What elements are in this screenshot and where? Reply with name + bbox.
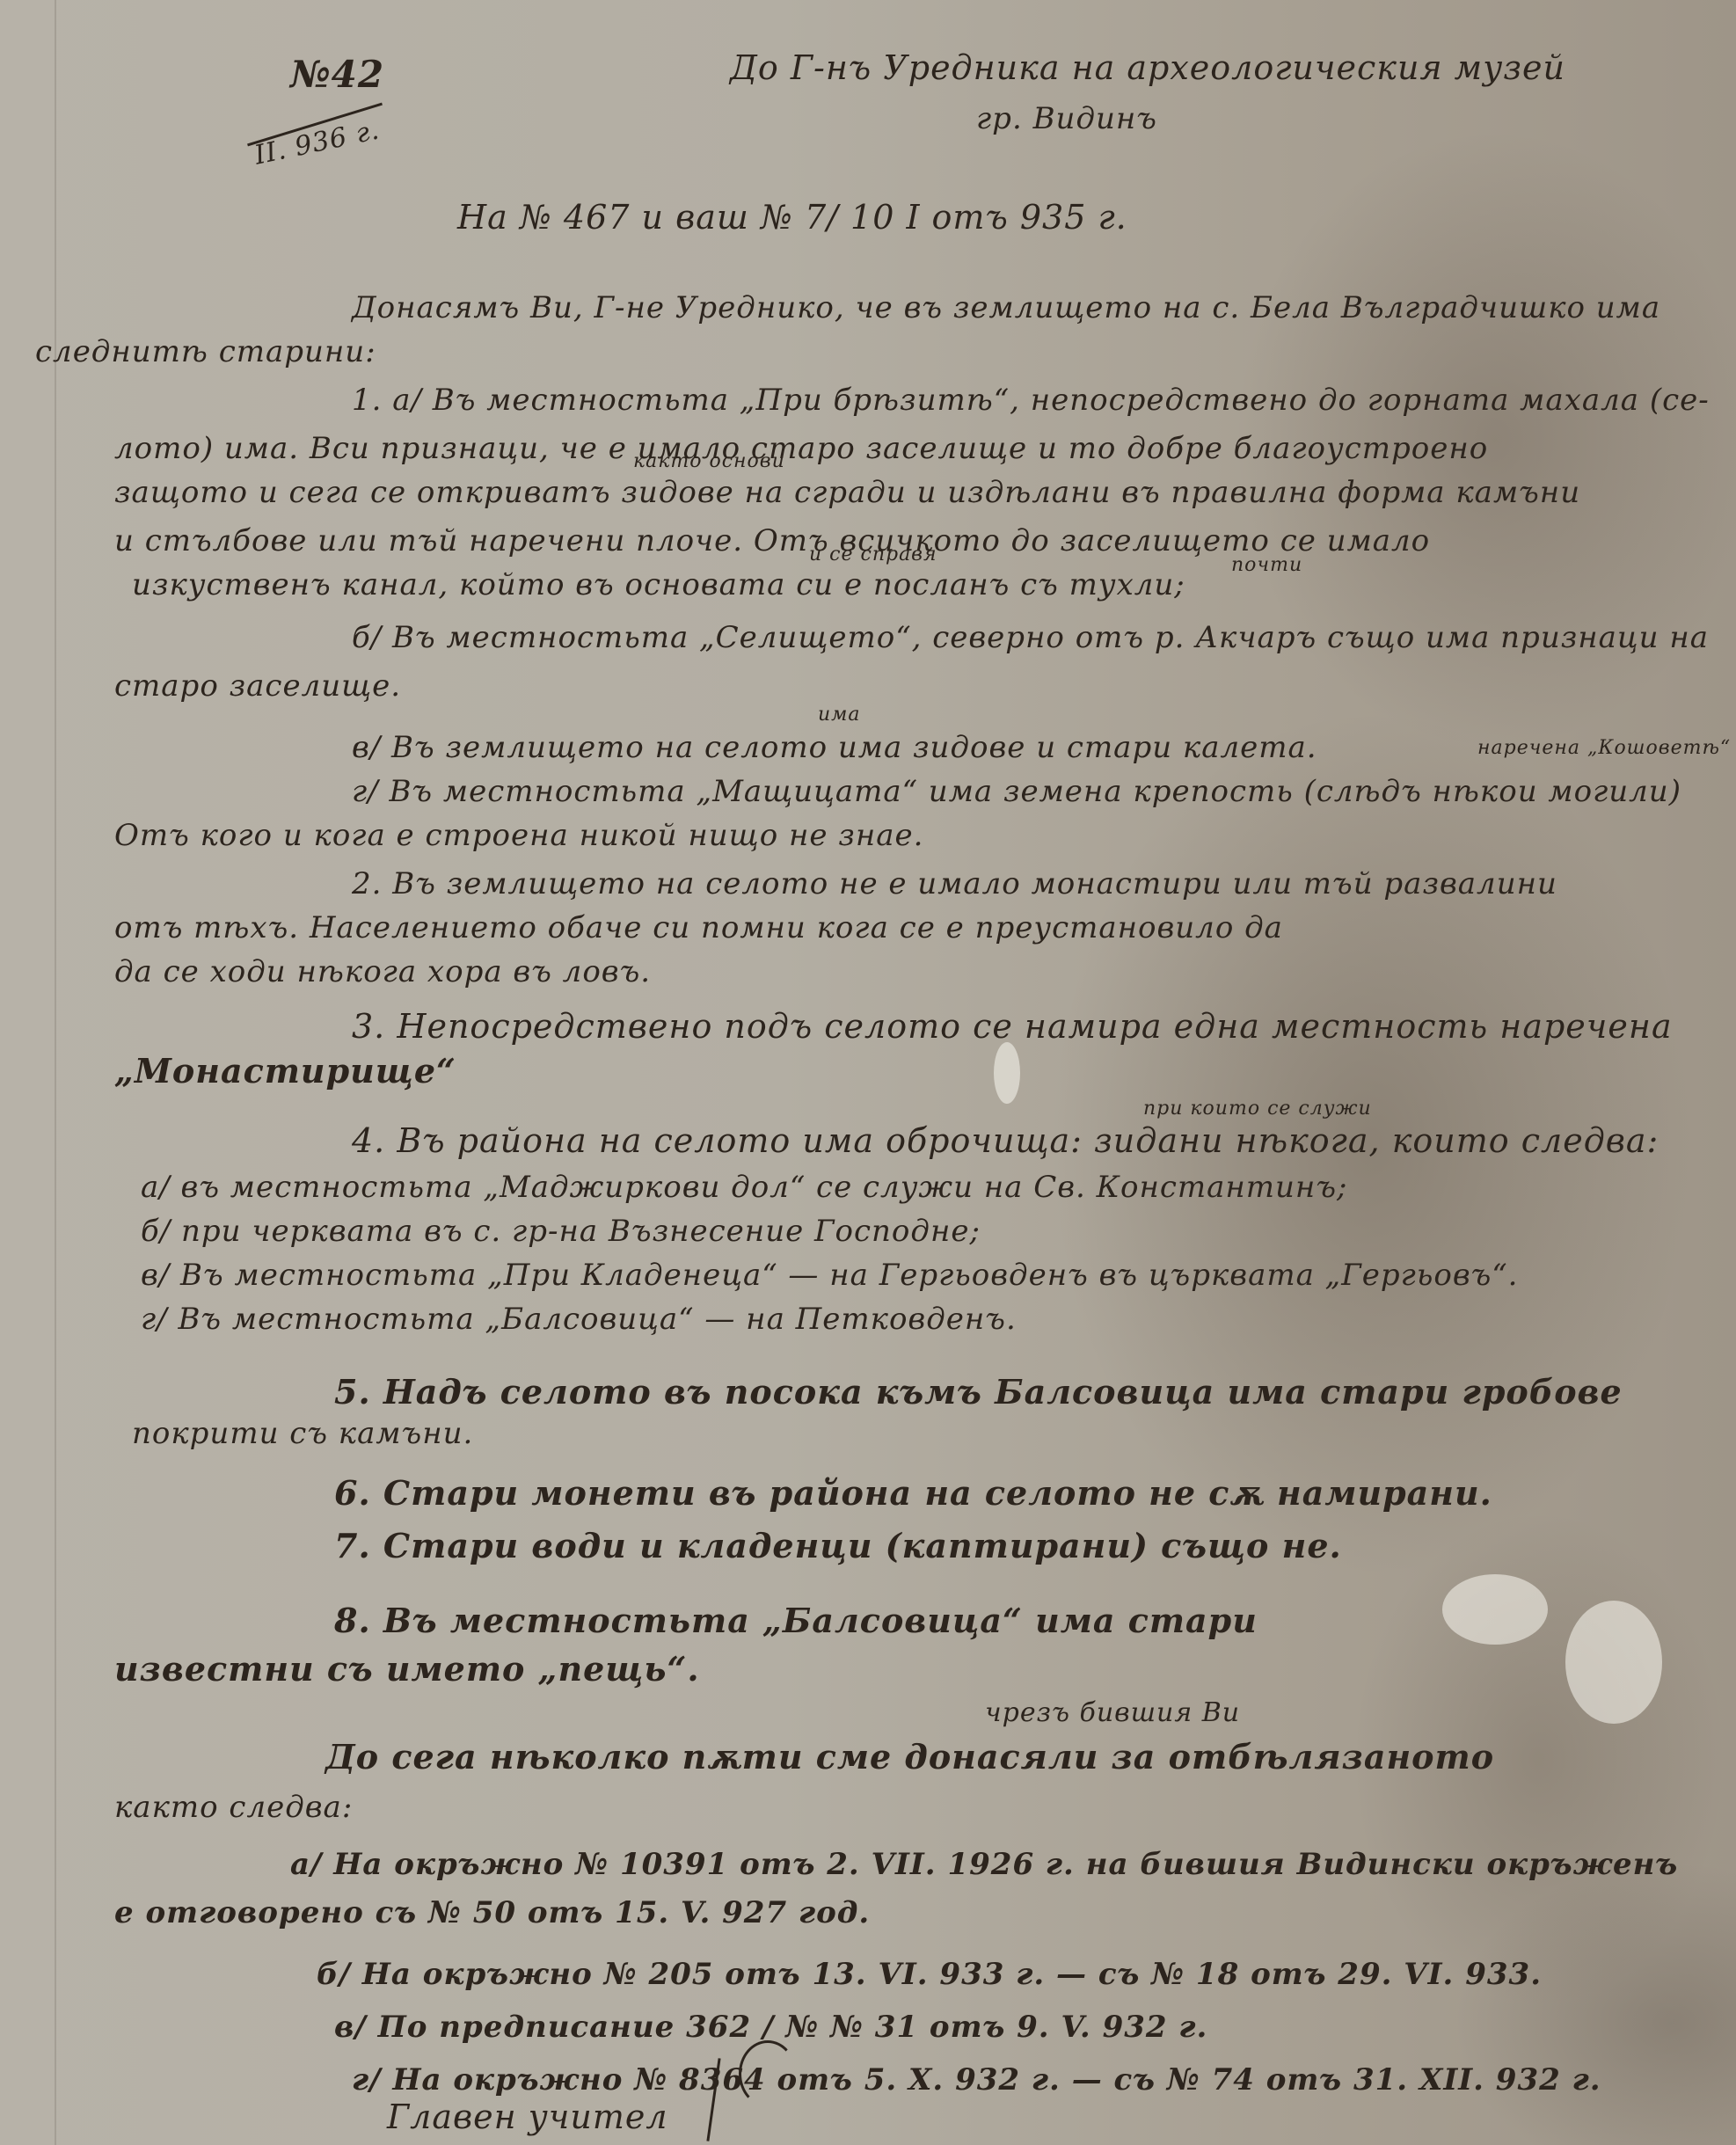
addressee-line-1: До Г-нъ Уредника на археологическия музе…	[730, 48, 1565, 87]
body-line: 5. Надъ селото въ посока къмъ Балсовица …	[334, 1372, 1623, 1412]
body-line: а/ въ местностьта „Маджиркови дол“ се сл…	[141, 1170, 1347, 1205]
registry-number: №42	[290, 53, 384, 96]
body-line: 4. Въ района на селото има оброчища: зид…	[352, 1121, 1659, 1160]
signature-flourish	[739, 2040, 797, 2107]
addressee-line-2: гр. Видинъ	[976, 101, 1157, 136]
body-line: Отъ кого и кога е строена никой нищо не …	[114, 818, 923, 853]
body-insertion: чрезъ бившия Ви	[985, 1697, 1240, 1728]
body-line: в/ Въ местностьта „При Кладенеца“ — на Г…	[141, 1258, 1518, 1293]
body-line: старо заселище.	[114, 668, 401, 704]
body-line: До сега нѣколко пѫти сме донасяли за отб…	[325, 1737, 1494, 1777]
reference-item: в/ По предписание 362 / № № 31 отъ 9. V.…	[334, 2010, 1207, 2045]
paper-damage-spot	[1442, 1574, 1548, 1645]
body-line: 2. Въ землището на селото не е имало мон…	[352, 866, 1557, 901]
paper-damage-spot	[994, 1042, 1020, 1104]
body-line: 3. Непосредствено подъ селото се намира …	[352, 1007, 1673, 1046]
body-insertion: при които се служи	[1143, 1098, 1372, 1120]
margin-fold-line	[55, 0, 56, 2145]
body-line: лото) има. Вси признаци, че е имало стар…	[114, 431, 1488, 466]
scanned-letter-page: №42 II. 936 г. До Г-нъ Уредника на архео…	[0, 0, 1736, 2145]
body-line: известни съ името „пещь“.	[114, 1649, 700, 1689]
reference-item: г/ На окръжно № 8364 отъ 5. X. 932 г. — …	[352, 2062, 1601, 2098]
paper-damage-spot	[1565, 1601, 1662, 1724]
body-line: следнитѣ старини:	[35, 334, 376, 369]
body-line: 6. Стари монети въ района на селото не с…	[334, 1473, 1492, 1513]
body-line: б/ Въ местностьта „Селището“, северно от…	[352, 620, 1709, 655]
body-insertion: както основи	[633, 450, 785, 472]
body-line: защото и сега се откриватъ зидове на сгр…	[114, 475, 1580, 510]
body-line: 7. Стари води и кладенци (каптирани) същ…	[334, 1526, 1342, 1565]
body-insertion: почти	[1231, 554, 1302, 576]
body-line: „Монастирище“	[114, 1051, 456, 1091]
body-line: г/ Въ местностьта „Мащицата“ има земена …	[352, 774, 1681, 809]
body-line: Донасямъ Ви, Г-не Уреднико, че въ землищ…	[352, 290, 1660, 325]
body-line: да се ходи нѣкога хора въ ловъ.	[114, 954, 651, 989]
reference-item: е отговорено съ № 50 отъ 15. V. 927 год.	[114, 1895, 870, 1930]
reference-item: б/ На окръжно № 205 отъ 13. VI. 933 г. —…	[317, 1957, 1542, 1992]
body-insertion: наречена „Кошоветѣ“	[1477, 737, 1731, 759]
body-line: отъ тѣхъ. Населението обаче си помни ког…	[114, 910, 1283, 945]
body-line: покрити съ камъни.	[132, 1416, 473, 1451]
body-insertion: и се справя	[809, 544, 937, 565]
body-line: както следва:	[114, 1790, 353, 1825]
body-line: 1. а/ Въ местностьта „При брѣзитѣ“, непо…	[352, 383, 1710, 418]
body-line: изкуственъ канал, който въ основата си е…	[132, 567, 1185, 602]
body-line: и стълбове или тъй наречени плоче. Отъ в…	[114, 523, 1430, 558]
body-line: в/ Въ землището на селото има зидове и с…	[352, 730, 1317, 765]
body-line: г/ Въ местностьта „Балсовица“ — на Петко…	[141, 1302, 1017, 1337]
body-line: 8. Въ местностьта „Балсовица“ има стари	[334, 1601, 1258, 1640]
reference-line: На № 467 и ваш № 7/ 10 I отъ 935 г.	[457, 198, 1127, 237]
signature-title: Главен учител	[387, 2098, 668, 2136]
body-insertion: има	[818, 704, 861, 726]
body-line: б/ при черквата въ с. гр-на Възнесение Г…	[141, 1214, 981, 1249]
reference-item: а/ На окръжно № 10391 отъ 2. VII. 1926 г…	[290, 1847, 1678, 1882]
